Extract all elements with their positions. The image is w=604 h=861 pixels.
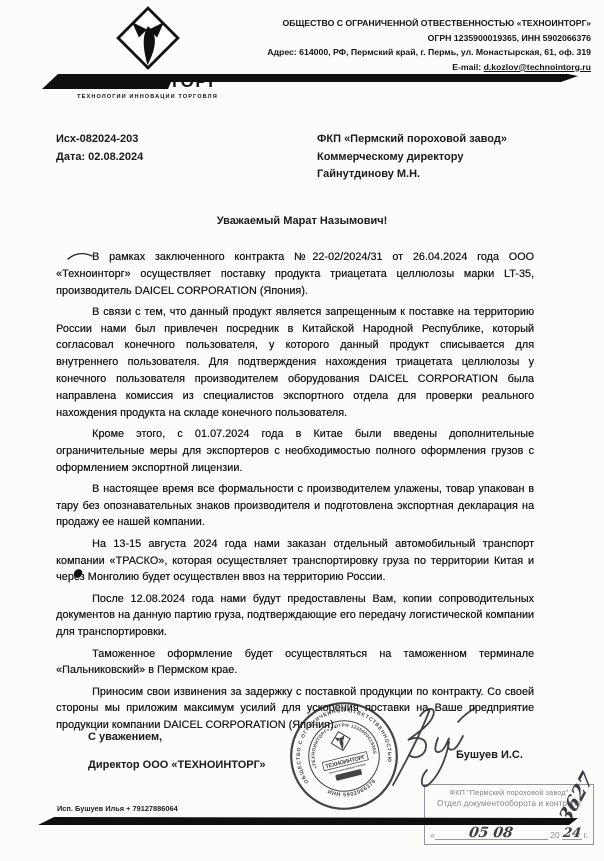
recipient-name: Гайнутдинову М.Н. <box>317 166 507 184</box>
received-year-suffix: г. <box>584 830 588 840</box>
email-link[interactable]: d.kozlov@technointorg.ru <box>484 62 591 72</box>
executor-line: Исп. Бушуев Илья + 79127886064 <box>57 804 178 813</box>
signer-title: Директор ООО «ТЕХНОИНТОРГ» <box>88 759 266 771</box>
paragraph-intermediary: В связи с тем, что данный продукт являет… <box>56 304 534 422</box>
closing-regards: С уважением, <box>88 731 162 743</box>
paragraph-china-restrictions: Кроме этого, с 01.07.2024 года в Китае б… <box>56 426 534 476</box>
stamp-diamond-icon <box>329 729 352 752</box>
recipient-organization: ФКП «Пермский пороховой завод» <box>317 131 507 149</box>
letter-body: В рамках заключенного контракта №22-02/2… <box>56 249 534 739</box>
paragraph-contract: В рамках заключенного контракта №22-02/2… <box>56 249 534 299</box>
received-date-handwritten: 05 08 <box>469 827 515 839</box>
outgoing-number: Исх-082024-203 <box>56 131 143 149</box>
company-details: ОБЩЕСТВО С ОГРАНИЧЕННОЙ ОТВЕСТВЕННОСТЬЮ … <box>267 16 591 74</box>
received-year-prefix: 20 <box>550 830 559 840</box>
paragraph-formalities: В настоящее время все формальности с про… <box>56 481 534 531</box>
footer-rule <box>38 817 578 826</box>
received-year-handwritten: 24 <box>562 828 582 839</box>
paragraph-customs: Таможенное оформление будет осуществлять… <box>56 646 534 680</box>
logo-tagline: ТЕХНОЛОГИИ ИННОВАЦИИ ТОРГОВЛЯ <box>60 94 235 100</box>
company-address-line: Адрес: 614000, РФ, Пермский край, г. Пер… <box>267 45 591 60</box>
director-signature <box>386 700 486 795</box>
recipient-position: Коммерческому директору <box>317 149 507 167</box>
letter-meta: Исх-082024-203 Дата: 02.08.2024 <box>56 131 143 166</box>
company-name-line: ОБЩЕСТВО С ОГРАНИЧЕННОЙ ОТВЕСТВЕННОСТЬЮ … <box>267 16 591 31</box>
recipient-block: ФКП «Пермский пороховой завод» Коммерчес… <box>317 131 507 184</box>
company-reg-line: ОГРН 1235900019365, ИНН 5902066376 <box>267 31 591 46</box>
header-rule <box>38 73 578 90</box>
email-label: E-mail: <box>452 62 481 72</box>
pen-mark-artifact <box>66 250 96 262</box>
letter-date: Дата: 02.08.2024 <box>56 149 143 167</box>
salutation: Уважаемый Марат Назымович! <box>0 215 604 227</box>
letter-page: ТЕХНОИНТОРГ ТЕХНОЛОГИИ ИННОВАЦИИ ТОРГОВЛ… <box>0 0 604 861</box>
received-date-row: « 05 08 20 24 г. <box>430 827 588 840</box>
technointorg-diamond-icon <box>116 6 180 70</box>
paragraph-documents: После 12.08.2024 года нами будут предост… <box>56 591 534 641</box>
paragraph-transport: На 13-15 августа 2024 года нами заказан … <box>56 536 534 586</box>
